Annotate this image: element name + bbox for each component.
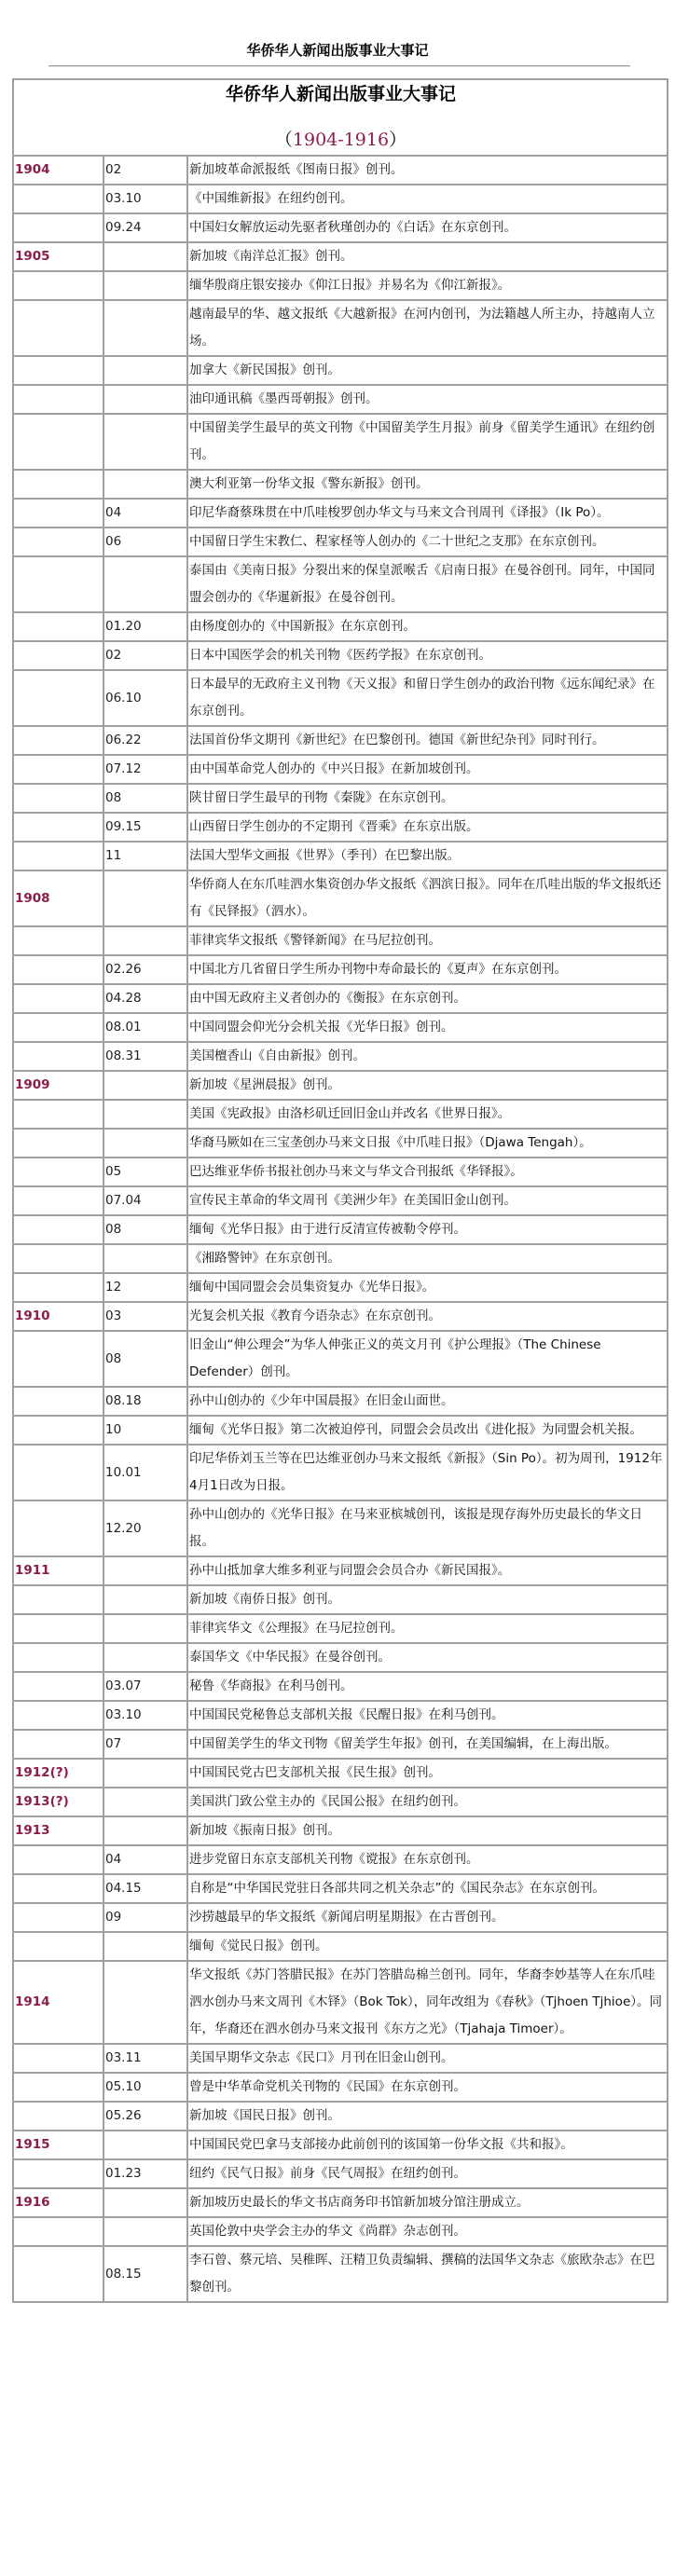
date-cell: 12.20: [103, 1500, 187, 1556]
event-cell: 中国留美学生最早的英文刊物《中国留美学生月报》前身《留美学生通讯》在纽约创刊。: [187, 414, 668, 470]
year-cell: [13, 1158, 103, 1186]
title-divider: [48, 65, 630, 67]
event-cell: 缅华殷商庄银安接办《仰江日报》并易名为《仰江新报》。: [187, 271, 668, 300]
date-cell: [103, 1788, 187, 1816]
table-row: 06.22法国首份华文期刊《新世纪》在巴黎创刊。德国《新世纪杂刊》同时刊行。: [13, 726, 668, 755]
year-cell: [13, 1903, 103, 1932]
event-cell: 新加坡《国民日报》创刊。: [187, 2102, 668, 2131]
date-cell: 02: [103, 156, 187, 185]
date-cell: 06.10: [103, 670, 187, 726]
event-cell: 中国同盟会仰光分会机关报《光华日报》创刊。: [187, 1013, 668, 1042]
event-cell: 巴达维亚华侨书报社创办马来文与华文合刊报纸《华铎报》。: [187, 1158, 668, 1186]
table-row: 缅华殷商庄银安接办《仰江日报》并易名为《仰江新报》。: [13, 271, 668, 300]
event-cell: 中国国民党巴拿马支部接办此前创刊的该国第一份华文报《共和报》。: [187, 2131, 668, 2159]
table-row: 12缅甸中国同盟会会员集资复办《光华日报》。: [13, 1273, 668, 1302]
year-cell: [13, 1331, 103, 1387]
table-row: 05.10曾是中华革命党机关刊物的《民国》在东京创刊。: [13, 2073, 668, 2102]
table-header-row: 华侨华人新闻出版事业大事记 （1904-1916）: [13, 79, 668, 156]
range-close-paren: ）: [389, 130, 406, 150]
event-cell: 曾是中华革命党机关刊物的《民国》在东京创刊。: [187, 2073, 668, 2102]
year-cell: [13, 1874, 103, 1903]
date-cell: 06.22: [103, 726, 187, 755]
event-cell: 菲律宾华文报纸《警铎新闻》在马尼拉创刊。: [187, 926, 668, 955]
event-cell: 新加坡《南洋总汇报》创刊。: [187, 242, 668, 271]
date-cell: 05.10: [103, 2073, 187, 2102]
year-cell: 1913(?): [13, 1788, 103, 1816]
table-row: 09.24中国妇女解放运动先驱者秋瑾创办的《白话》在东京创刊。: [13, 213, 668, 242]
year-cell: 1912(?): [13, 1759, 103, 1788]
event-cell: 中国北方几省留日学生所办刊物中寿命最长的《夏声》在东京创刊。: [187, 955, 668, 984]
table-row: 08.01中国同盟会仰光分会机关报《光华日报》创刊。: [13, 1013, 668, 1042]
date-cell: 08: [103, 784, 187, 813]
table-row: 华裔马厥如在三宝垄创办马来文日报《中爪哇日报》（Djawa Tengah）。: [13, 1129, 668, 1158]
date-cell: [103, 2217, 187, 2246]
year-cell: [13, 271, 103, 300]
table-row: 01.20由杨度创办的《中国新报》在东京创刊。: [13, 612, 668, 641]
year-cell: [13, 1186, 103, 1215]
table-row: 04.28由中国无政府主义者创办的《衡报》在东京创刊。: [13, 984, 668, 1013]
year-cell: [13, 528, 103, 556]
date-cell: [103, 356, 187, 385]
date-cell: [103, 1244, 187, 1273]
event-cell: 孙中山抵加拿大维多利亚与同盟会会员合办《新民国报》。: [187, 1556, 668, 1585]
date-cell: 05.26: [103, 2102, 187, 2131]
event-cell: 中国留日学生宋教仁、程家柽等人创办的《二十世纪之支那》在东京创刊。: [187, 528, 668, 556]
table-row: 11法国大型华文画报《世界》（季刊）在巴黎出版。: [13, 842, 668, 870]
date-cell: 01.23: [103, 2159, 187, 2188]
event-cell: 由中国革命党人创办的《中兴日报》在新加坡创刊。: [187, 755, 668, 784]
date-cell: 07: [103, 1730, 187, 1759]
year-cell: [13, 842, 103, 870]
date-cell: [103, 1643, 187, 1672]
date-cell: 02.26: [103, 955, 187, 984]
event-cell: 新加坡革命派报纸《图南日报》创刊。: [187, 156, 668, 185]
year-cell: [13, 2246, 103, 2302]
table-row: 美国《宪政报》由洛杉矶迁回旧金山并改名《世界日报》。: [13, 1100, 668, 1129]
date-cell: 09.24: [103, 213, 187, 242]
year-cell: 1909: [13, 1071, 103, 1100]
date-cell: [103, 1961, 187, 2044]
event-cell: 新加坡《振南日报》创刊。: [187, 1816, 668, 1845]
year-cell: 1913: [13, 1816, 103, 1845]
table-row: 越南最早的华、越文报纸《大越新报》在河内创刊，为法籍越人所主办，持越南人立场。: [13, 300, 668, 356]
event-cell: 美国洪门致公堂主办的《民国公报》在纽约创刊。: [187, 1788, 668, 1816]
event-cell: 缅甸中国同盟会会员集资复办《光华日报》。: [187, 1273, 668, 1302]
table-title: 华侨华人新闻出版事业大事记: [15, 80, 667, 106]
date-cell: [103, 2131, 187, 2159]
year-cell: [13, 356, 103, 385]
event-cell: 孙中山创办的《光华日报》在马来亚槟城创刊，该报是现存海外历史最长的华文日报。: [187, 1500, 668, 1556]
event-cell: 山西留日学生创办的不定期刊《晋乘》在东京出版。: [187, 813, 668, 842]
table-row: 12.20孙中山创办的《光华日报》在马来亚槟城创刊，该报是现存海外历史最长的华文…: [13, 1500, 668, 1556]
table-row: 190402新加坡革命派报纸《图南日报》创刊。: [13, 156, 668, 185]
event-cell: 中国妇女解放运动先驱者秋瑾创办的《白话》在东京创刊。: [187, 213, 668, 242]
event-cell: 菲律宾华文《公理报》在马尼拉创刊。: [187, 1614, 668, 1643]
table-row: 07.12由中国革命党人创办的《中兴日报》在新加坡创刊。: [13, 755, 668, 784]
event-cell: 李石曾、蔡元培、吴稚晖、汪精卫负责编辑、撰稿的法国华文杂志《旅欧杂志》在巴黎创刊…: [187, 2246, 668, 2302]
table-row: 1916新加坡历史最长的华文书店商务印书馆新加坡分馆注册成立。: [13, 2188, 668, 2217]
year-range: （1904-1916）: [15, 106, 667, 155]
page-title: 华侨华人新闻出版事业大事记: [0, 0, 675, 60]
year-cell: [13, 955, 103, 984]
year-cell: [13, 1643, 103, 1672]
table-row: 1915中国国民党巴拿马支部接办此前创刊的该国第一份华文报《共和报》。: [13, 2131, 668, 2159]
event-cell: 泰国华文《中华民报》在曼谷创刊。: [187, 1643, 668, 1672]
year-cell: 1908: [13, 870, 103, 926]
table-row: 03.10中国国民党秘鲁总支部机关报《民醒日报》在利马创刊。: [13, 1701, 668, 1730]
year-cell: [13, 726, 103, 755]
table-row: 09.15山西留日学生创办的不定期刊《晋乘》在东京出版。: [13, 813, 668, 842]
year-cell: [13, 1387, 103, 1416]
date-cell: 07.12: [103, 755, 187, 784]
date-cell: 03.07: [103, 1672, 187, 1701]
event-cell: 缅甸《光华日报》第二次被迫停刊，同盟会会员改出《进化报》为同盟会机关报。: [187, 1416, 668, 1445]
date-cell: 06: [103, 528, 187, 556]
table-row: 03.10《中国维新报》在纽约创刊。: [13, 185, 668, 213]
year-cell: 1904: [13, 156, 103, 185]
table-row: 缅甸《觉民日报》创刊。: [13, 1932, 668, 1961]
table-row: 03.07秘鲁《华商报》在利马创刊。: [13, 1672, 668, 1701]
year-cell: [13, 612, 103, 641]
year-cell: [13, 1730, 103, 1759]
table-row: 《湘路警钟》在东京创刊。: [13, 1244, 668, 1273]
year-cell: [13, 813, 103, 842]
event-cell: 法国首份华文期刊《新世纪》在巴黎创刊。德国《新世纪杂刊》同时刊行。: [187, 726, 668, 755]
table-row: 08旧金山“伸公理会”为华人伸张正义的英文月刊《护公理报》（The Chines…: [13, 1331, 668, 1387]
year-cell: [13, 1244, 103, 1273]
date-cell: [103, 1614, 187, 1643]
year-cell: [13, 755, 103, 784]
date-cell: [103, 300, 187, 356]
date-cell: 03: [103, 1302, 187, 1331]
event-cell: 《中国维新报》在纽约创刊。: [187, 185, 668, 213]
year-cell: [13, 1500, 103, 1556]
event-cell: 印尼华侨刘玉兰等在巴达维亚创办马来文报纸《新报》（Sin Po）。初为周刊，19…: [187, 1445, 668, 1500]
date-cell: 10: [103, 1416, 187, 1445]
table-row: 泰国由《美南日报》分裂出来的保皇派喉舌《启南日报》在曼谷创刊。同年，中国同盟会创…: [13, 556, 668, 612]
table-row: 加拿大《新民国报》创刊。: [13, 356, 668, 385]
event-cell: 法国大型华文画报《世界》（季刊）在巴黎出版。: [187, 842, 668, 870]
table-row: 1911孙中山抵加拿大维多利亚与同盟会会员合办《新民国报》。: [13, 1556, 668, 1585]
date-cell: [103, 1816, 187, 1845]
table-row: 1905新加坡《南洋总汇报》创刊。: [13, 242, 668, 271]
event-cell: 秘鲁《华商报》在利马创刊。: [187, 1672, 668, 1701]
year-cell: [13, 641, 103, 670]
table-row: 05巴达维亚华侨书报社创办马来文与华文合刊报纸《华铎报》。: [13, 1158, 668, 1186]
event-cell: 进步党留日东京支部机关刊物《谠报》在东京创刊。: [187, 1845, 668, 1874]
date-cell: 02: [103, 641, 187, 670]
table-row: 09沙捞越最早的华文报纸《新闻启明星期报》在古晋创刊。: [13, 1903, 668, 1932]
table-row: 04印尼华裔蔡珠贯在中爪哇梭罗创办华文与马来文合刊周刊《译报》（Ik Po）。: [13, 499, 668, 528]
range-years: 1904-1916: [293, 130, 389, 150]
table-row: 07中国留美学生的华文刊物《留美学生年报》创刊，在美国编辑，在上海出版。: [13, 1730, 668, 1759]
year-cell: [13, 1129, 103, 1158]
table-row: 01.23纽约《民气日报》前身《民气周报》在纽约创刊。: [13, 2159, 668, 2188]
event-cell: 美国早期华文杂志《民口》月刊在旧金山创刊。: [187, 2044, 668, 2073]
year-cell: 1914: [13, 1961, 103, 2044]
date-cell: [103, 1932, 187, 1961]
year-cell: [13, 300, 103, 356]
year-cell: [13, 1042, 103, 1071]
date-cell: [103, 926, 187, 955]
date-cell: 04: [103, 1845, 187, 1874]
date-cell: 08: [103, 1215, 187, 1244]
event-cell: 纽约《民气日报》前身《民气周报》在纽约创刊。: [187, 2159, 668, 2188]
table-row: 1913(?)美国洪门致公堂主办的《民国公报》在纽约创刊。: [13, 1788, 668, 1816]
table-row: 1908华侨商人在东爪哇泗水集资创办华文报纸《泗滨日报》。同年在爪哇出版的华文报…: [13, 870, 668, 926]
date-cell: 01.20: [103, 612, 187, 641]
date-cell: 05: [103, 1158, 187, 1186]
date-cell: [103, 556, 187, 612]
date-cell: 11: [103, 842, 187, 870]
event-cell: 印尼华裔蔡珠贯在中爪哇梭罗创办华文与马来文合刊周刊《译报》（Ik Po）。: [187, 499, 668, 528]
event-cell: 日本最早的无政府主义刊物《天义报》和留日学生创办的政治刊物《远东闻纪录》在东京创…: [187, 670, 668, 726]
event-cell: 宣传民主革命的华文周刊《美洲少年》在美国旧金山创刊。: [187, 1186, 668, 1215]
event-cell: 澳大利亚第一份华文报《警东新报》创刊。: [187, 470, 668, 499]
year-cell: [13, 1932, 103, 1961]
year-cell: [13, 185, 103, 213]
date-cell: 08.15: [103, 2246, 187, 2302]
event-cell: 由中国无政府主义者创办的《衡报》在东京创刊。: [187, 984, 668, 1013]
year-cell: [13, 1273, 103, 1302]
table-row: 油印通讯稿《墨西哥朝报》创刊。: [13, 385, 668, 414]
year-cell: 1905: [13, 242, 103, 271]
table-row: 新加坡《南侨日报》创刊。: [13, 1585, 668, 1614]
table-row: 02.26中国北方几省留日学生所办刊物中寿命最长的《夏声》在东京创刊。: [13, 955, 668, 984]
table-row: 08.31美国檀香山《自由新报》创刊。: [13, 1042, 668, 1071]
table-row: 中国留美学生最早的英文刊物《中国留美学生月报》前身《留美学生通讯》在纽约创刊。: [13, 414, 668, 470]
table-row: 10缅甸《光华日报》第二次被迫停刊，同盟会会员改出《进化报》为同盟会机关报。: [13, 1416, 668, 1445]
table-row: 06.10日本最早的无政府主义刊物《天义报》和留日学生创办的政治刊物《远东闻纪录…: [13, 670, 668, 726]
year-cell: [13, 1614, 103, 1643]
table-row: 1914华文报纸《苏门答腊民报》在苏门答腊岛棉兰创刊。同年，华裔李妙基等人在东爪…: [13, 1961, 668, 2044]
table-row: 191003光复会机关报《教育今语杂志》在东京创刊。: [13, 1302, 668, 1331]
event-cell: 光复会机关报《教育今语杂志》在东京创刊。: [187, 1302, 668, 1331]
date-cell: 03.11: [103, 2044, 187, 2073]
date-cell: [103, 414, 187, 470]
date-cell: [103, 2188, 187, 2217]
table-row: 英国伦敦中央学会主办的华文《尚群》杂志创刊。: [13, 2217, 668, 2246]
event-cell: 美国檀香山《自由新报》创刊。: [187, 1042, 668, 1071]
event-cell: 新加坡历史最长的华文书店商务印书馆新加坡分馆注册成立。: [187, 2188, 668, 2217]
date-cell: 08.31: [103, 1042, 187, 1071]
year-cell: [13, 984, 103, 1013]
table-row: 1909新加坡《星洲晨报》创刊。: [13, 1071, 668, 1100]
date-cell: 12: [103, 1273, 187, 1302]
date-cell: [103, 242, 187, 271]
event-cell: 自称是“中华国民党驻日各部共同之机关杂志”的《国民杂志》在东京创刊。: [187, 1874, 668, 1903]
event-cell: 中国国民党古巴支部机关报《民生报》创刊。: [187, 1759, 668, 1788]
year-cell: [13, 2044, 103, 2073]
chronicle-table: 华侨华人新闻出版事业大事记 （1904-1916） 190402新加坡革命派报纸…: [12, 78, 668, 2303]
table-row: 08陕甘留日学生最早的刊物《秦陇》在东京创刊。: [13, 784, 668, 813]
date-cell: 08.18: [103, 1387, 187, 1416]
date-cell: 04.15: [103, 1874, 187, 1903]
event-cell: 华文报纸《苏门答腊民报》在苏门答腊岛棉兰创刊。同年，华裔李妙基等人在东爪哇泗水创…: [187, 1961, 668, 2044]
year-cell: [13, 2102, 103, 2131]
year-cell: [13, 2073, 103, 2102]
date-cell: [103, 470, 187, 499]
date-cell: 04: [103, 499, 187, 528]
year-cell: [13, 1416, 103, 1445]
year-cell: [13, 670, 103, 726]
table-row: 03.11美国早期华文杂志《民口》月刊在旧金山创刊。: [13, 2044, 668, 2073]
table-row: 菲律宾华文《公理报》在马尼拉创刊。: [13, 1614, 668, 1643]
event-cell: 缅甸《觉民日报》创刊。: [187, 1932, 668, 1961]
date-cell: 09.15: [103, 813, 187, 842]
table-row: 10.01印尼华侨刘玉兰等在巴达维亚创办马来文报纸《新报》（Sin Po）。初为…: [13, 1445, 668, 1500]
year-cell: [13, 414, 103, 470]
date-cell: 08.01: [103, 1013, 187, 1042]
date-cell: 07.04: [103, 1186, 187, 1215]
year-cell: [13, 1445, 103, 1500]
year-cell: [13, 385, 103, 414]
year-cell: [13, 2159, 103, 2188]
event-cell: 英国伦敦中央学会主办的华文《尚群》杂志创刊。: [187, 2217, 668, 2246]
date-cell: 08: [103, 1331, 187, 1387]
table-row: 06中国留日学生宋教仁、程家柽等人创办的《二十世纪之支那》在东京创刊。: [13, 528, 668, 556]
year-cell: [13, 556, 103, 612]
table-row: 泰国华文《中华民报》在曼谷创刊。: [13, 1643, 668, 1672]
year-cell: [13, 499, 103, 528]
year-cell: [13, 1701, 103, 1730]
event-cell: 孙中山创办的《少年中国晨报》在旧金山面世。: [187, 1387, 668, 1416]
table-row: 1913新加坡《振南日报》创刊。: [13, 1816, 668, 1845]
year-cell: [13, 470, 103, 499]
date-cell: [103, 271, 187, 300]
date-cell: 03.10: [103, 185, 187, 213]
year-cell: [13, 1845, 103, 1874]
event-cell: 由杨度创办的《中国新报》在东京创刊。: [187, 612, 668, 641]
date-cell: [103, 1585, 187, 1614]
table-row: 08.18孙中山创办的《少年中国晨报》在旧金山面世。: [13, 1387, 668, 1416]
table-row: 08.15李石曾、蔡元培、吴稚晖、汪精卫负责编辑、撰稿的法国华文杂志《旅欧杂志》…: [13, 2246, 668, 2302]
year-cell: 1915: [13, 2131, 103, 2159]
year-cell: [13, 1672, 103, 1701]
table-row: 08缅甸《光华日报》由于进行反清宣传被勒令停刊。: [13, 1215, 668, 1244]
table-row: 05.26新加坡《国民日报》创刊。: [13, 2102, 668, 2131]
date-cell: 04.28: [103, 984, 187, 1013]
table-row: 02日本中国医学会的机关刊物《医药学报》在东京创刊。: [13, 641, 668, 670]
year-cell: [13, 1100, 103, 1129]
event-cell: 日本中国医学会的机关刊物《医药学报》在东京创刊。: [187, 641, 668, 670]
table-row: 菲律宾华文报纸《警铎新闻》在马尼拉创刊。: [13, 926, 668, 955]
date-cell: [103, 385, 187, 414]
year-cell: [13, 213, 103, 242]
year-cell: 1911: [13, 1556, 103, 1585]
table-row: 07.04宣传民主革命的华文周刊《美洲少年》在美国旧金山创刊。: [13, 1186, 668, 1215]
event-cell: 华侨商人在东爪哇泗水集资创办华文报纸《泗滨日报》。同年在爪哇出版的华文报纸还有《…: [187, 870, 668, 926]
event-cell: 陕甘留日学生最早的刊物《秦陇》在东京创刊。: [187, 784, 668, 813]
range-open-paren: （: [275, 130, 293, 150]
date-cell: [103, 870, 187, 926]
date-cell: [103, 1100, 187, 1129]
year-cell: [13, 926, 103, 955]
event-cell: 华裔马厥如在三宝垄创办马来文日报《中爪哇日报》（Djawa Tengah）。: [187, 1129, 668, 1158]
event-cell: 越南最早的华、越文报纸《大越新报》在河内创刊，为法籍越人所主办，持越南人立场。: [187, 300, 668, 356]
table-row: 澳大利亚第一份华文报《警东新报》创刊。: [13, 470, 668, 499]
year-cell: 1916: [13, 2188, 103, 2217]
year-cell: [13, 1215, 103, 1244]
table-row: 04进步党留日东京支部机关刊物《谠报》在东京创刊。: [13, 1845, 668, 1874]
date-cell: [103, 1759, 187, 1788]
table-row: 1912(?)中国国民党古巴支部机关报《民生报》创刊。: [13, 1759, 668, 1788]
event-cell: 《湘路警钟》在东京创刊。: [187, 1244, 668, 1273]
event-cell: 新加坡《南侨日报》创刊。: [187, 1585, 668, 1614]
year-cell: [13, 1585, 103, 1614]
event-cell: 泰国由《美南日报》分裂出来的保皇派喉舌《启南日报》在曼谷创刊。同年，中国同盟会创…: [187, 556, 668, 612]
event-cell: 美国《宪政报》由洛杉矶迁回旧金山并改名《世界日报》。: [187, 1100, 668, 1129]
event-cell: 旧金山“伸公理会”为华人伸张正义的英文月刊《护公理报》（The Chinese …: [187, 1331, 668, 1387]
date-cell: 09: [103, 1903, 187, 1932]
event-cell: 沙捞越最早的华文报纸《新闻启明星期报》在古晋创刊。: [187, 1903, 668, 1932]
year-cell: [13, 2217, 103, 2246]
table-header-cell: 华侨华人新闻出版事业大事记 （1904-1916）: [13, 79, 668, 156]
event-cell: 中国国民党秘鲁总支部机关报《民醒日报》在利马创刊。: [187, 1701, 668, 1730]
date-cell: 03.10: [103, 1701, 187, 1730]
date-cell: [103, 1556, 187, 1585]
date-cell: [103, 1129, 187, 1158]
event-cell: 油印通讯稿《墨西哥朝报》创刊。: [187, 385, 668, 414]
event-cell: 加拿大《新民国报》创刊。: [187, 356, 668, 385]
date-cell: [103, 1071, 187, 1100]
year-cell: [13, 1013, 103, 1042]
event-cell: 新加坡《星洲晨报》创刊。: [187, 1071, 668, 1100]
year-cell: 1910: [13, 1302, 103, 1331]
event-cell: 缅甸《光华日报》由于进行反清宣传被勒令停刊。: [187, 1215, 668, 1244]
event-cell: 中国留美学生的华文刊物《留美学生年报》创刊，在美国编辑，在上海出版。: [187, 1730, 668, 1759]
year-cell: [13, 784, 103, 813]
date-cell: 10.01: [103, 1445, 187, 1500]
table-row: 04.15自称是“中华国民党驻日各部共同之机关杂志”的《国民杂志》在东京创刊。: [13, 1874, 668, 1903]
